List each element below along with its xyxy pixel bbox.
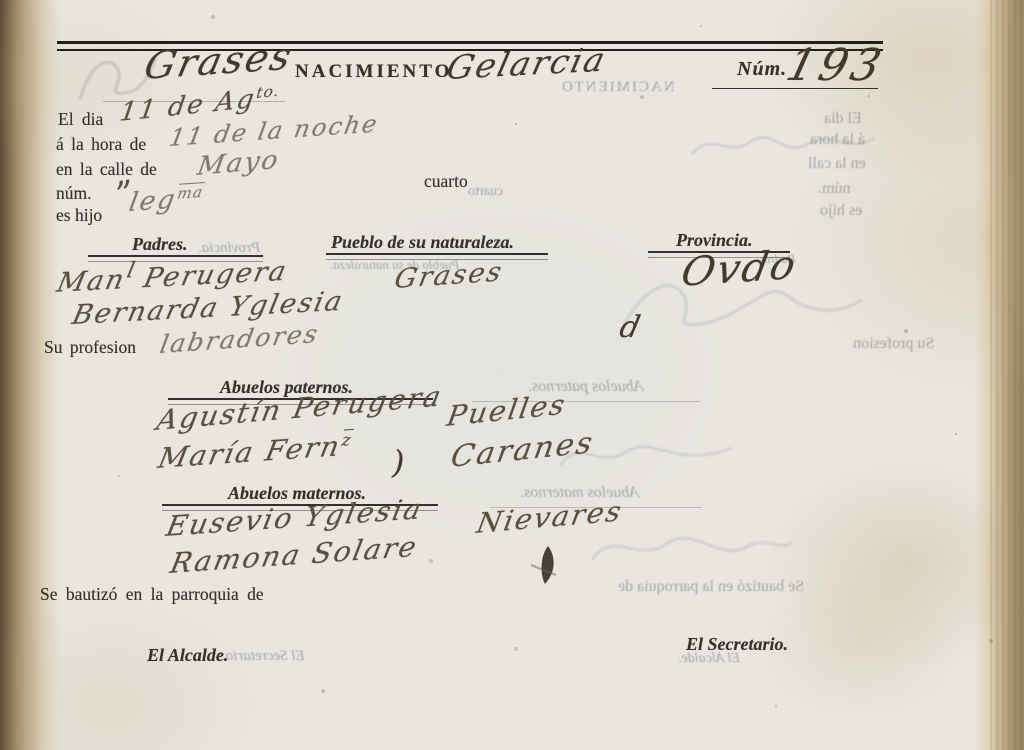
paternos-paren-mark: ) (392, 443, 406, 481)
paper-speckles (0, 0, 2, 2)
padre-name-a: Man (54, 264, 129, 298)
pueblo-value-handwritten: Grases (392, 257, 506, 295)
dia-label: El dia (58, 109, 103, 130)
page-edge-streaks (990, 0, 1024, 750)
padre-name-superscript: l (125, 258, 138, 283)
profesion-label: Su profesion (44, 337, 136, 358)
secretario-label: El Secretario. (686, 634, 788, 655)
form-title: NACIMIENTO (295, 61, 452, 83)
scanned-birth-record-page: NACIMIENTO El dia á la hora en la call n… (0, 0, 1024, 750)
num-value-handwritten: 193 (781, 40, 890, 91)
abuelo-paterno-origen-handwritten: Puelles (445, 388, 569, 433)
abuela-paterna-superscript: z (340, 430, 353, 450)
ink-blot (528, 543, 562, 587)
bleedthrough-secretario-label: El Secretario. (222, 648, 305, 665)
pueblo-rule (326, 253, 548, 260)
num-field-label: núm. (56, 183, 92, 204)
padre-name-b: Perugera (141, 256, 291, 294)
bleedthrough-num-label: núm. (818, 180, 850, 198)
bautizo-label: Se bautizó en la parroquia de (40, 584, 264, 605)
bleedthrough-hijo-label: es hijo (820, 202, 862, 220)
calle-label: en la calle de (56, 159, 157, 180)
abuela-paterna-text: María Fern (155, 430, 344, 475)
calle-value-handwritten: Mayo (195, 145, 282, 182)
bleedthrough-title: NACIMIENTO (560, 79, 675, 96)
alcalde-label: El Alcalde. (147, 645, 228, 666)
dia-value-superscript: to. (255, 82, 281, 102)
hora-label: á la hora de (56, 134, 146, 155)
pueblo-header: Pueblo de su naturaleza. (331, 232, 514, 253)
hijo-value-text: leg (127, 185, 179, 218)
num-label: Núm. (737, 58, 787, 81)
hijo-value-handwritten: legma (127, 183, 205, 218)
hijo-label: es hijo (56, 205, 102, 226)
provincia-value-handwritten: Ovdo (678, 242, 801, 296)
padres-header: Padres. (132, 234, 188, 255)
bleedthrough-handwriting-ghost (688, 120, 878, 166)
hijo-value-superscript: ma (176, 183, 205, 203)
bleedthrough-cuarto: cuarto (468, 184, 503, 200)
parish-name-handwritten: Grases (140, 34, 297, 88)
bleedthrough-bautizo-label: Se bautizó en la parroquia de (618, 578, 804, 596)
cuarto-label: cuarto (424, 171, 468, 192)
abuela-paterna-handwritten: María Fernz (155, 429, 353, 475)
